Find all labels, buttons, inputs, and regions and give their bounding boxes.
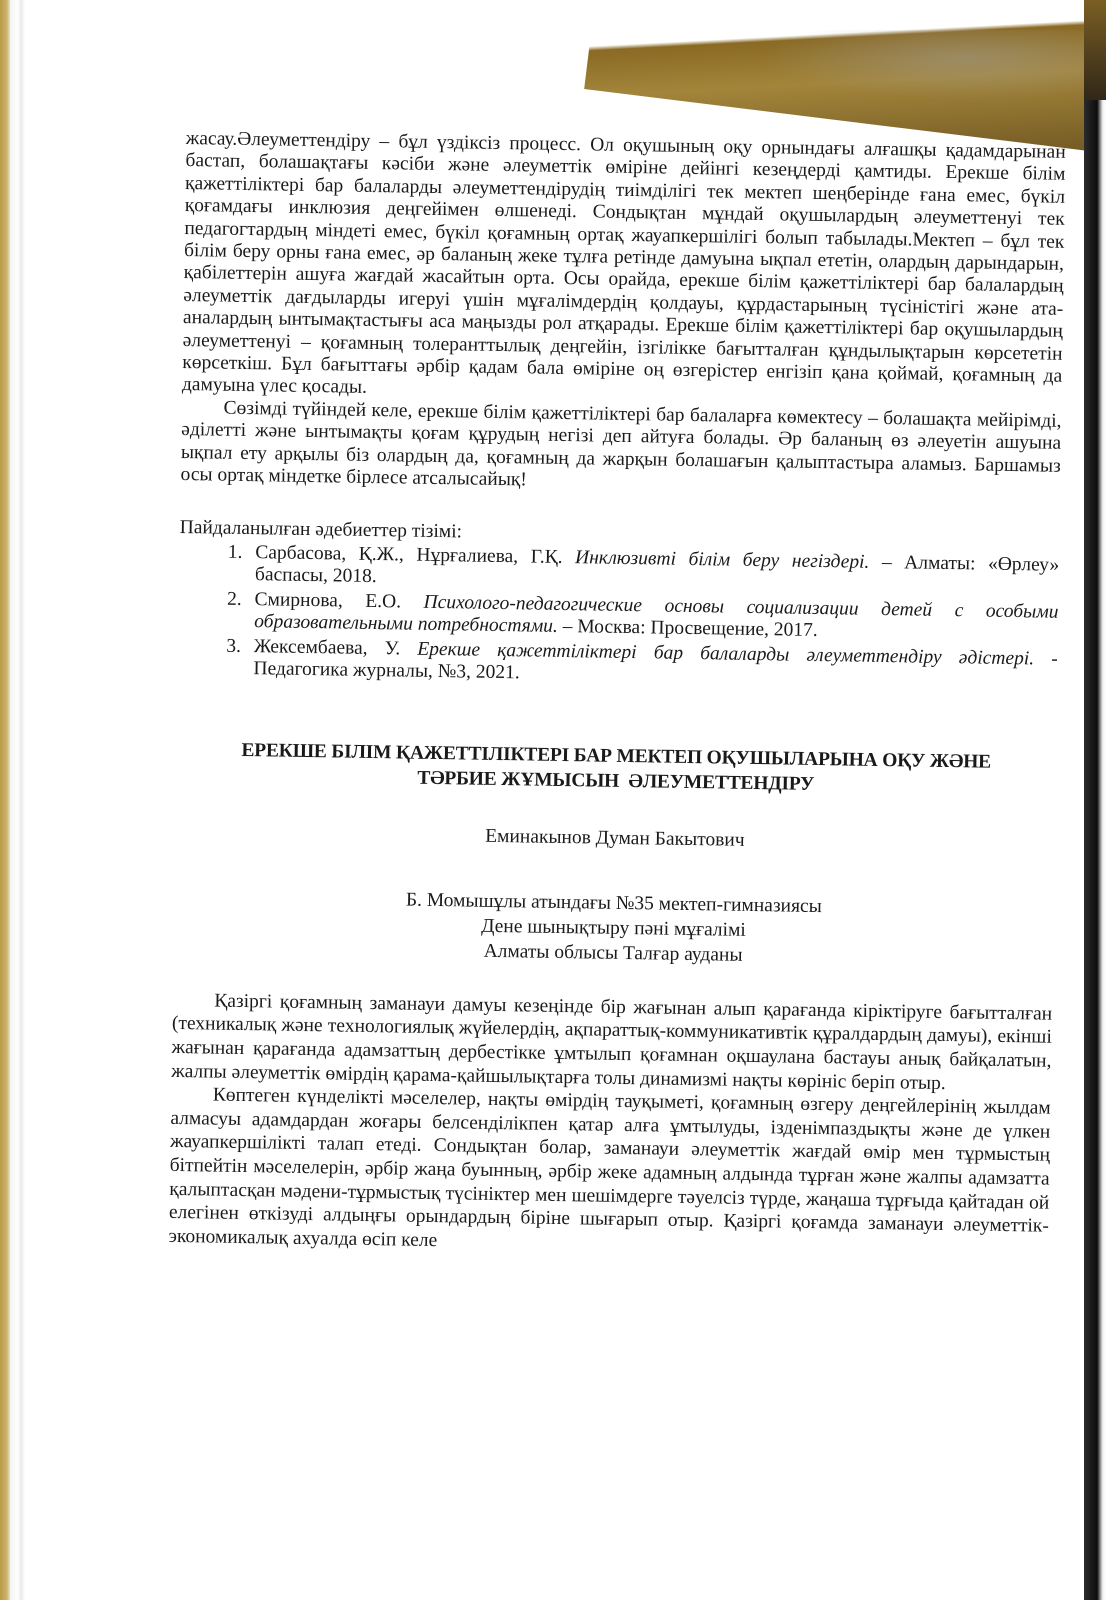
reference-authors: Жексембаева, У. <box>254 636 418 660</box>
document-page: жасау.Әлеуметтендіру – бұл үздіксіз проц… <box>168 128 1065 1262</box>
conclusion-paragraph: Сөзімді түйіндей келе, ерекше білім қаже… <box>180 397 1061 500</box>
article-paragraph: Көптеген күнделікті мәселелер, нақты өмі… <box>168 1083 1050 1262</box>
reference-publisher: – Москва: Просвещение, 2017. <box>558 616 818 641</box>
references-list: Сарбасова, Қ.Ж., Нұрғалиева, Г.Қ. Инклюз… <box>177 541 1059 693</box>
background-corner <box>1084 0 1106 110</box>
reference-authors: Сарбасова, Қ.Ж., Нұрғалиева, Г.Қ. <box>255 542 575 568</box>
article-body: Қазіргі қоғамның заманауи дамуы кезеңінд… <box>168 989 1052 1262</box>
binding-edge <box>0 0 10 1600</box>
intro-paragraph: жасау.Әлеуметтендіру – бұл үздіксіз проц… <box>182 128 1066 411</box>
author-affiliation: Б. Момышұлы атындағы №35 мектеп-гимназия… <box>173 884 1054 973</box>
page-right-edge-shadow <box>1084 100 1106 1600</box>
article-paragraph: Қазіргі қоғамның заманауи дамуы кезеңінд… <box>171 989 1052 1097</box>
article-author: Еминакынов Думан Бакытович <box>175 821 1055 857</box>
reference-title: Инклюзивті білім беру негіздері. <box>575 547 870 573</box>
page-shadow <box>760 30 1100 100</box>
reference-authors: Смирнова, Е.О. <box>254 589 423 613</box>
page-stack-edge <box>10 0 30 1600</box>
article-title: ЕРЕКШЕ БІЛІМ ҚАЖЕТТІЛІКТЕРІ БАР МЕКТЕП О… <box>176 737 1057 801</box>
